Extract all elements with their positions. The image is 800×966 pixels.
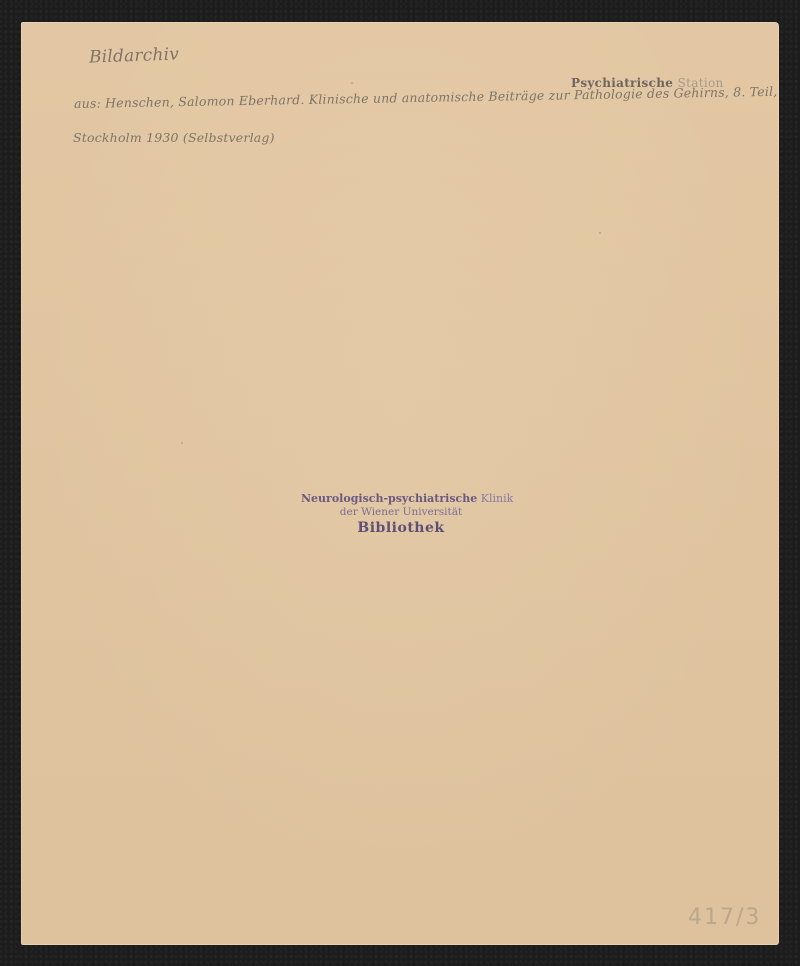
library-stamp-line1-main: Neurologisch-psychiatrische (301, 492, 477, 505)
library-stamp-line1: Neurologisch-psychiatrische Klinik (301, 492, 501, 505)
shelfmark-number: 417/3 (688, 905, 761, 930)
library-stamp-line3: Bibliothek (301, 520, 501, 536)
paper-speck (599, 232, 601, 234)
paper-speck (181, 442, 183, 444)
paper-speck (351, 82, 353, 84)
handwritten-source-line: aus: Henschen, Salomon Eberhard. Klinisc… (74, 84, 778, 111)
document-sheet: Bildarchiv Psychiatrische Station aus: H… (21, 22, 779, 945)
handwritten-publication-line: Stockholm 1930 (Selbstverlag) (73, 130, 275, 145)
library-stamp-line2: der Wiener Universität (301, 506, 501, 518)
library-stamp: Neurologisch-psychiatrische Klinik der W… (301, 492, 501, 536)
library-stamp-line1-faded: Klinik (477, 492, 513, 505)
handwritten-title: Bildarchiv (89, 44, 180, 67)
